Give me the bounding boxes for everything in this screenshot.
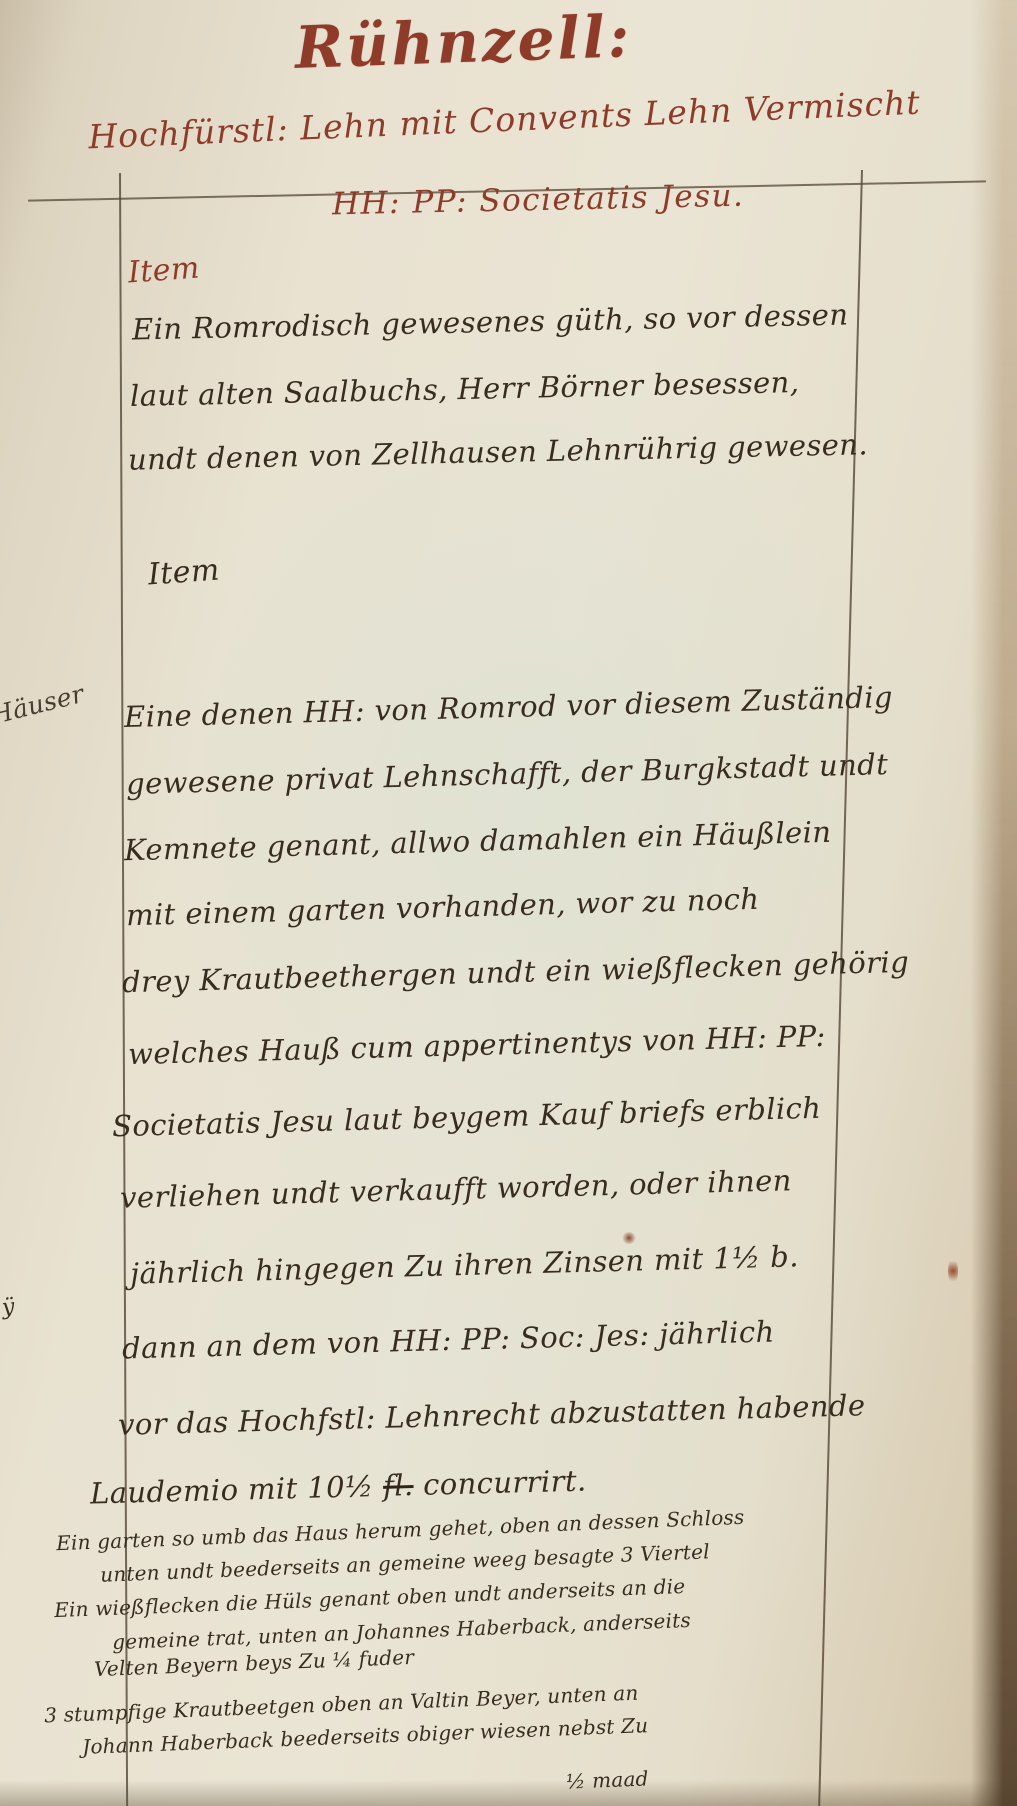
ink-stain [948, 1258, 958, 1284]
laudemio-line: Laudemio mit 10½ fl. concurrirt. [90, 1464, 587, 1511]
entry1-line-2: laut alten Saalbuchs, Herr Börner besess… [130, 365, 800, 413]
item-label-2: Item [147, 553, 221, 593]
laudemio-text-pre: Laudemio mit 10½ [90, 1469, 384, 1511]
entry2-line-11: vor das Hochfstl: Lehnrecht abzustatten … [118, 1388, 866, 1442]
entry1-line-1: Ein Romrodisch gewesenes güth, so vor de… [132, 298, 849, 347]
item-label-1: Item [127, 251, 201, 291]
page-title: Rühnzell: [294, 2, 633, 82]
laudemio-text-post: concurrirt. [413, 1464, 587, 1503]
addendum-tail: ½ maad [566, 1766, 649, 1793]
entry2-line-8: verliehen undt verkaufft worden, oder ih… [120, 1163, 793, 1215]
page-edge-shadow [971, 0, 1017, 1806]
entry1-line-3: undt denen von Zellhausen Lehnrührig gew… [128, 427, 869, 476]
entry2-line-1: Eine denen HH: von Romrod vor diesem Zus… [124, 680, 894, 734]
margin-note: Häuser [0, 679, 87, 730]
ruled-line-right [818, 170, 863, 1806]
entry2-line-3: Kemnete genant, allwo damahlen ein Häußl… [124, 815, 832, 868]
entry2-line-9: jährlich hingegen Zu ihren Zinsen mit 1½… [130, 1239, 800, 1290]
ink-stain [622, 1232, 636, 1244]
page-bottom-shadow [0, 1780, 1017, 1806]
laudemio-struck-word: fl. [383, 1468, 414, 1503]
entry2-line-10: dann an dem von HH: PP: Soc: Jes: jährli… [122, 1314, 775, 1365]
entry2-line-5: drey Krautbeethergen undt ein wießflecke… [122, 945, 910, 1000]
page-subtitle: Hochfürstl: Lehn mit Convents Lehn Vermi… [88, 83, 922, 157]
entry2-line-7: Societatis Jesu laut beygem Kauf briefs … [112, 1091, 822, 1144]
entry2-line-6: welches Hauß cum appertinentys von HH: P… [128, 1019, 826, 1071]
entry2-line-4: mit einem garten vorhanden, wor zu noch [126, 882, 760, 933]
entry2-line-2: gewesene privat Lehnschafft, der Burgkst… [126, 747, 889, 801]
order-heading: HH: PP: Societatis Jesu. [332, 178, 745, 223]
margin-mark: ÿ [1, 1294, 16, 1320]
manuscript-page: Rühnzell: Hochfürstl: Lehn mit Convents … [0, 0, 1017, 1806]
